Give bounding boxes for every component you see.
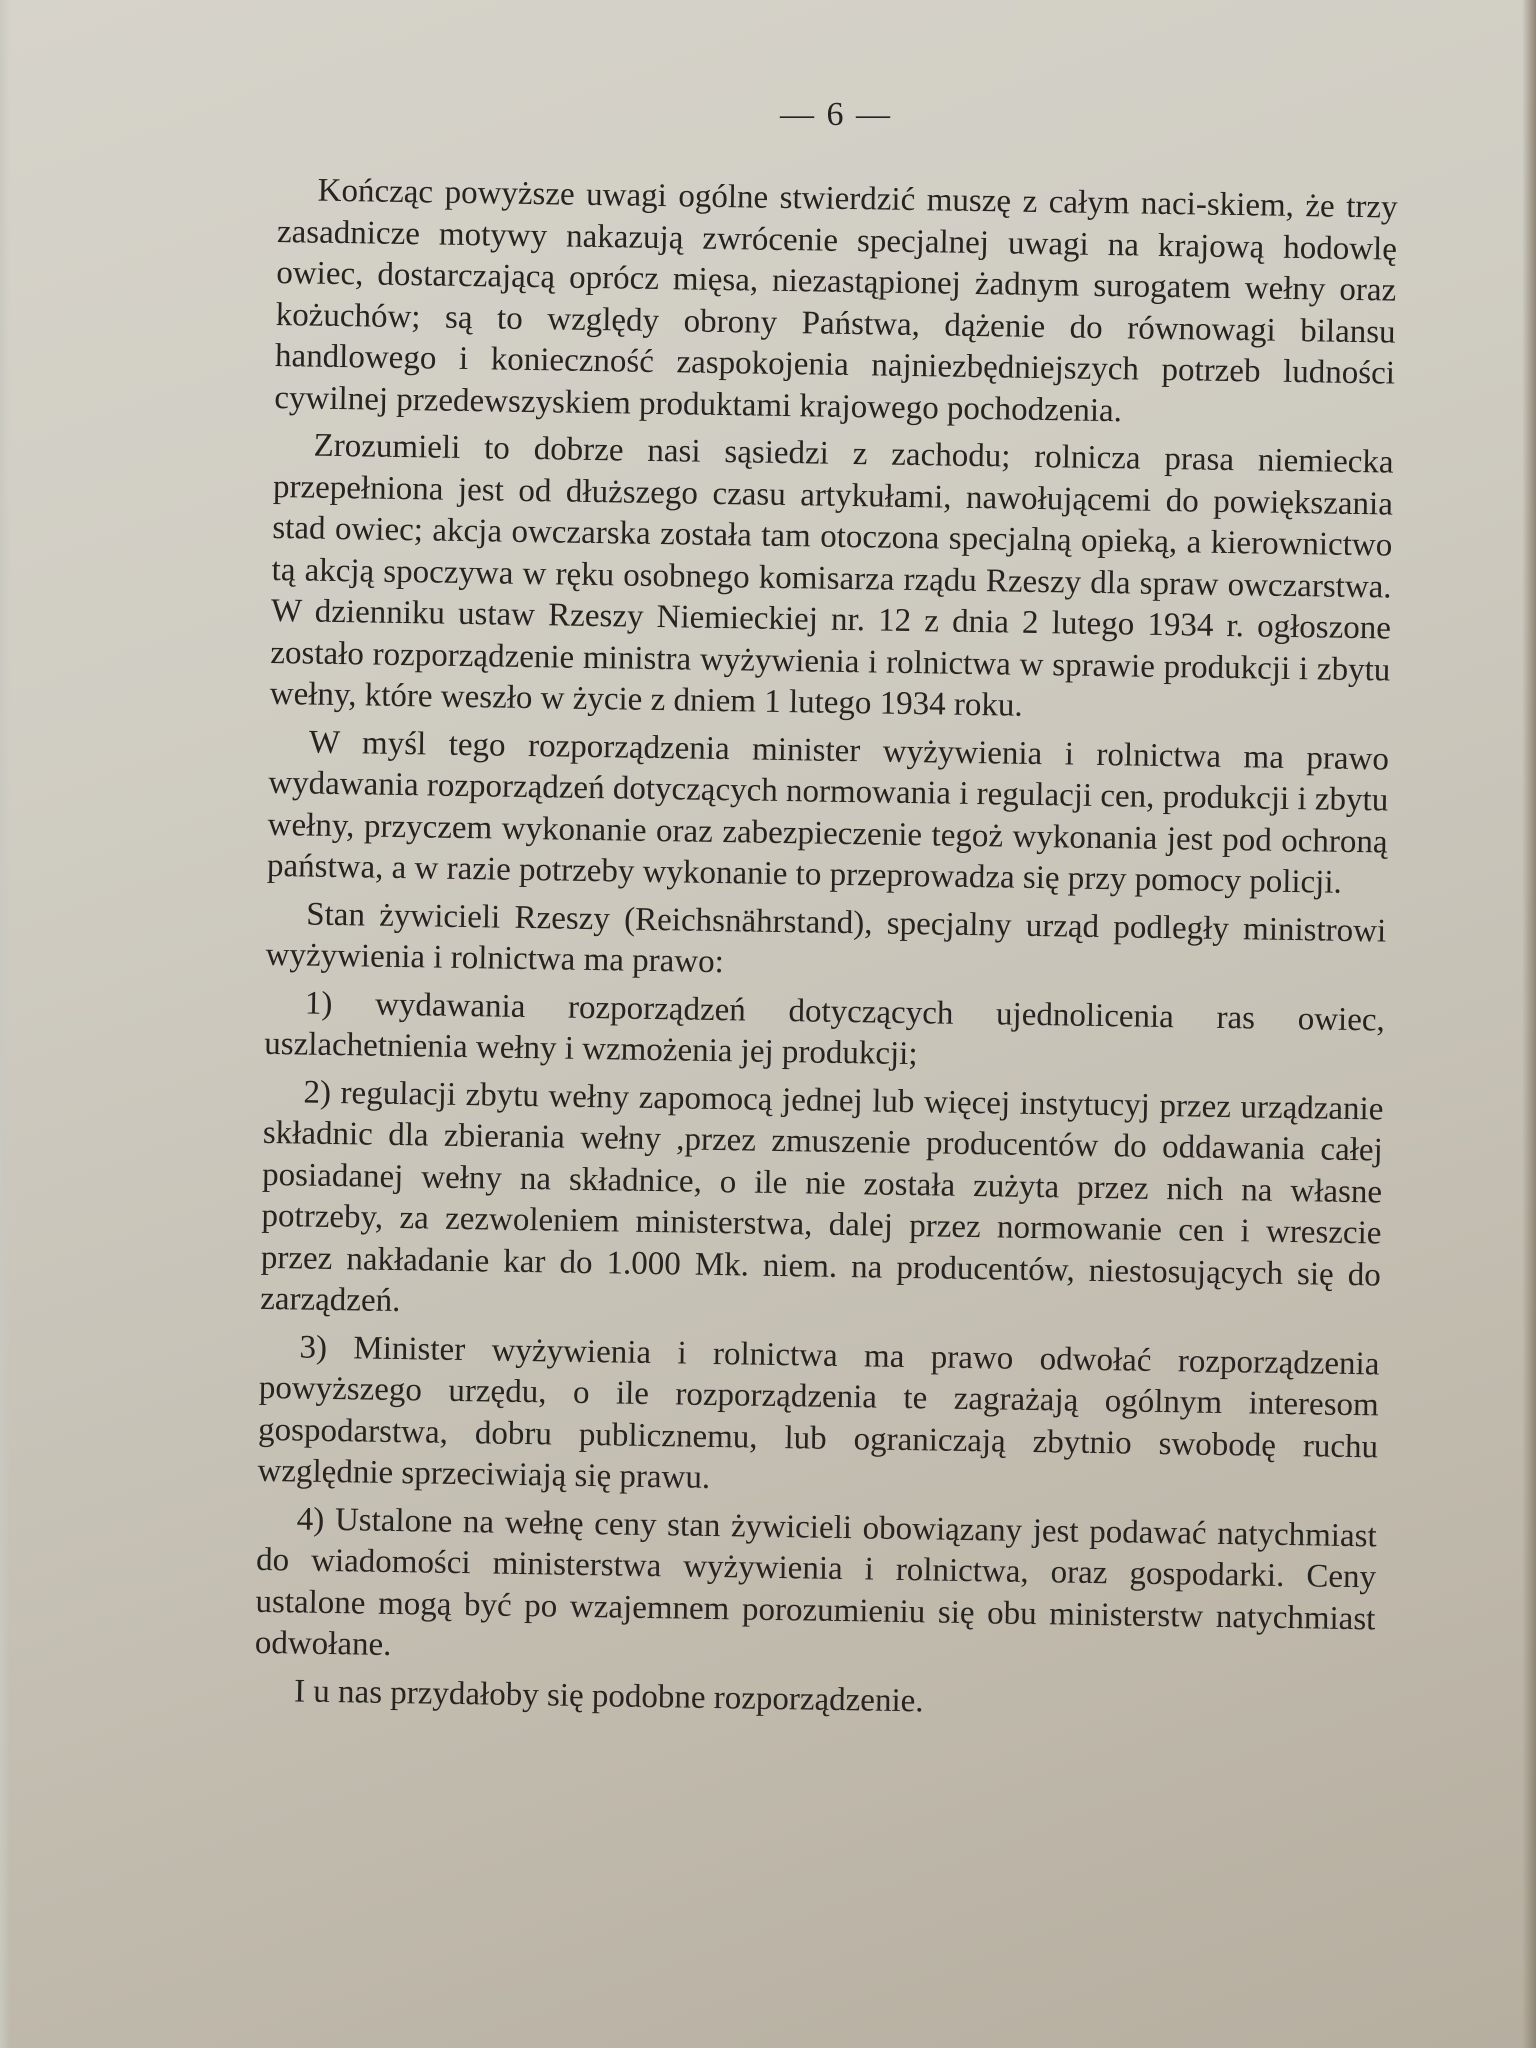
page-number: — 6 —	[0, 96, 1536, 134]
list-item-1: 1) wydawania rozporządzeń dotyczących uj…	[264, 982, 1385, 1083]
paragraph-conclusion: Kończąc powyższe uwagi ogólne stwierdzić…	[274, 170, 1398, 437]
list-item-3: 3) Minister wyżywienia i rolnictwa ma pr…	[257, 1326, 1379, 1510]
list-item-2: 2) regulacji zbytu wełny zapomocą jednej…	[260, 1071, 1384, 1338]
paragraph-minister-rights: W myśl tego rozporządzenia minister wyży…	[267, 721, 1389, 905]
paragraph-german-neighbours: Zrozumieli to dobrze nasi sąsiedzi z zac…	[269, 425, 1393, 733]
page-edge-left	[0, 0, 10, 2048]
list-item-4: 4) Ustalone na wełnę ceny stan żywicieli…	[255, 1498, 1377, 1682]
page-edge-right	[1522, 0, 1536, 2048]
body-text: Kończąc powyższe uwagi ogólne stwierdzić…	[254, 170, 1398, 1735]
paragraph-reichsnaehrstand: Stan żywicieli Rzeszy (Reichsnährstand),…	[265, 893, 1386, 994]
